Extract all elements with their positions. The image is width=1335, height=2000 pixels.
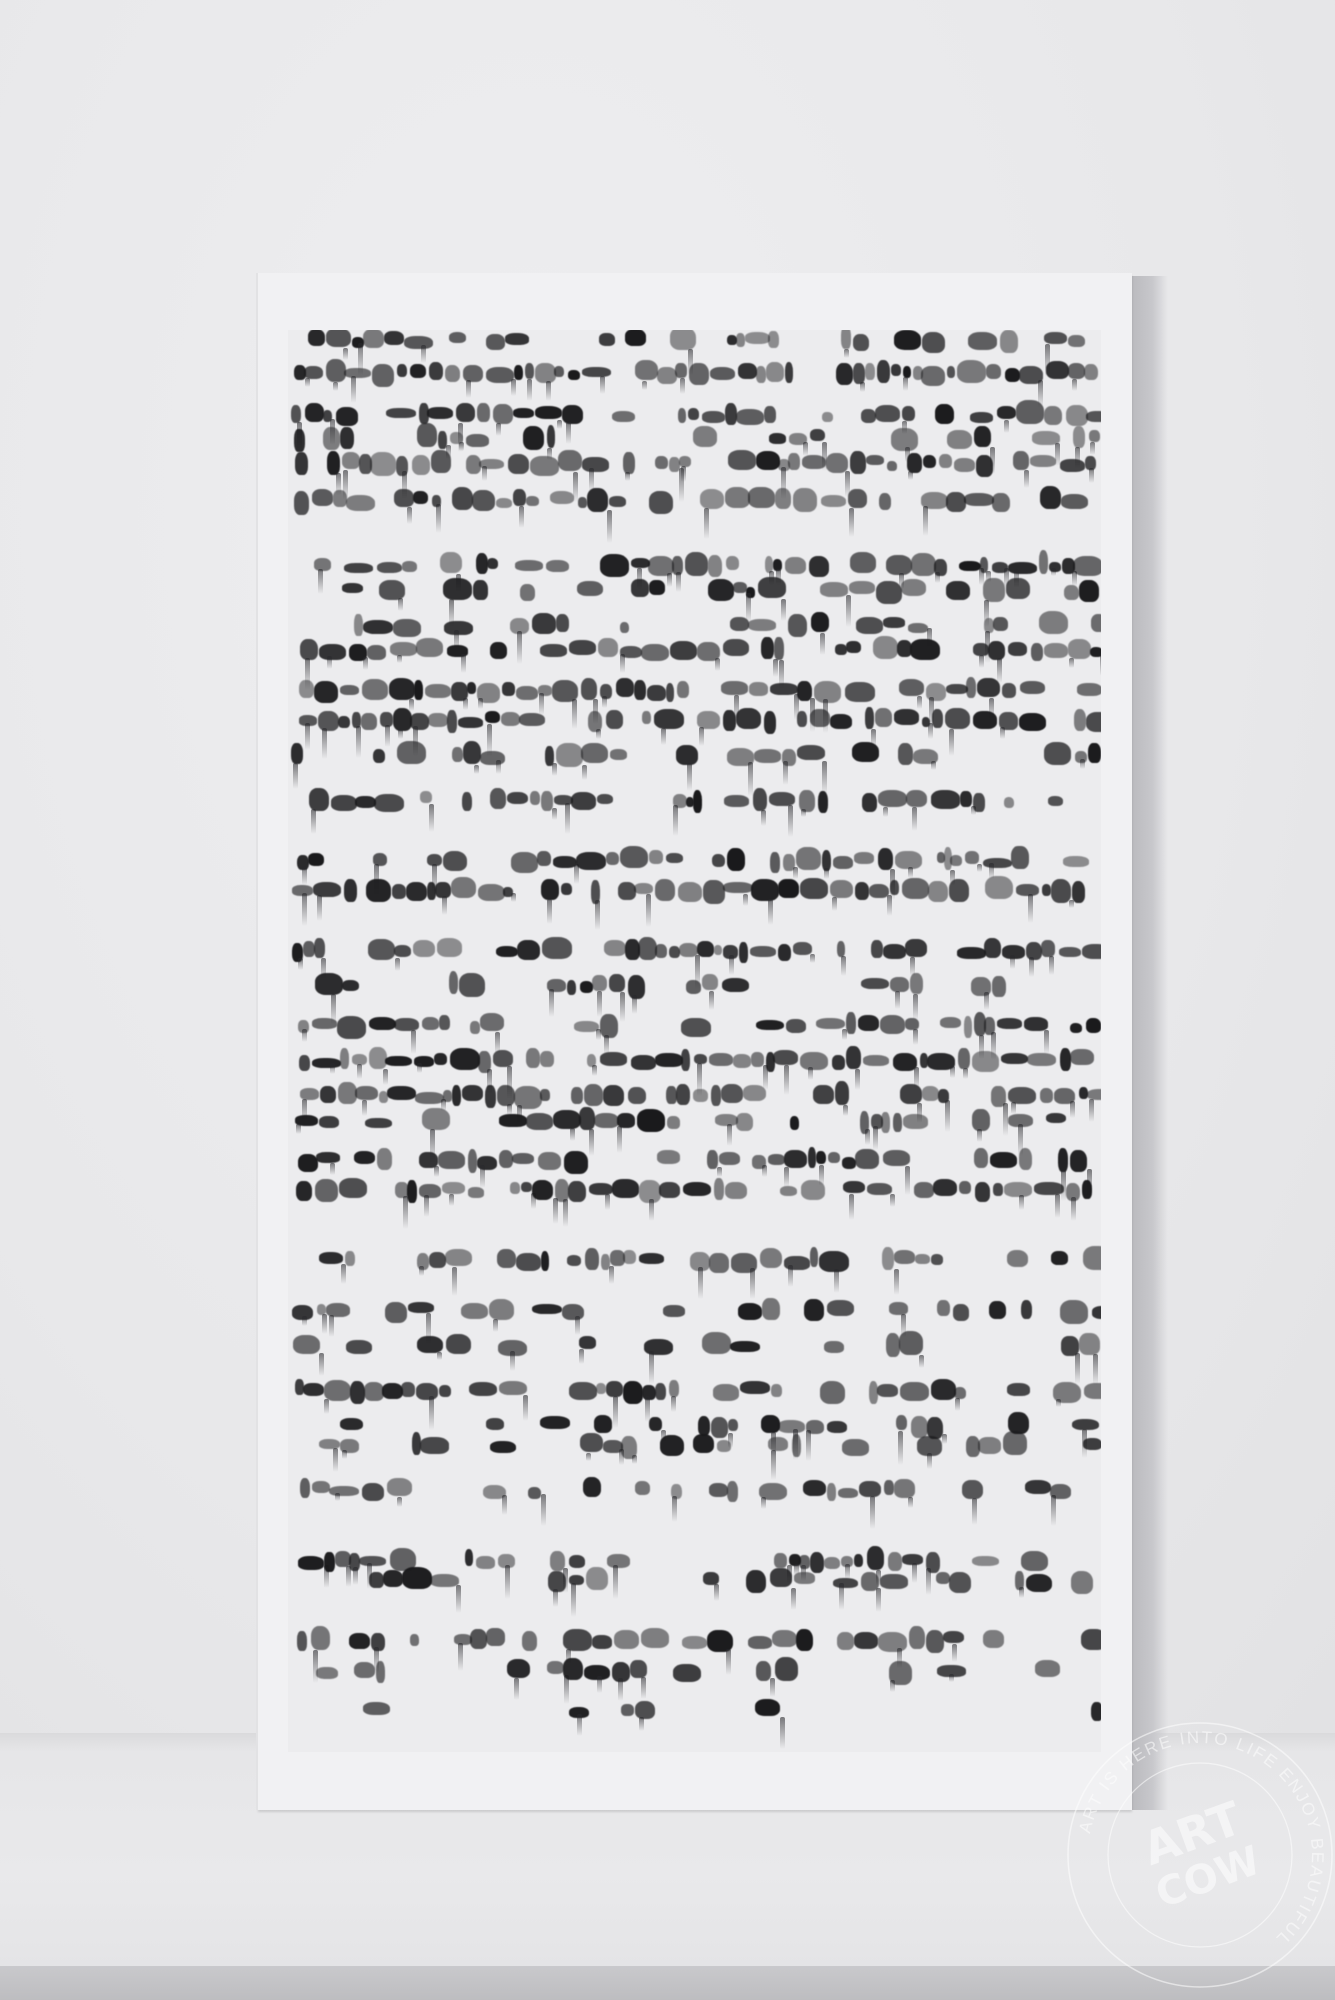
canvas-shadow bbox=[1130, 276, 1168, 1810]
painting-canvas bbox=[258, 273, 1132, 1810]
ledge-edge bbox=[0, 1966, 1335, 2000]
painted-area bbox=[288, 330, 1101, 1752]
